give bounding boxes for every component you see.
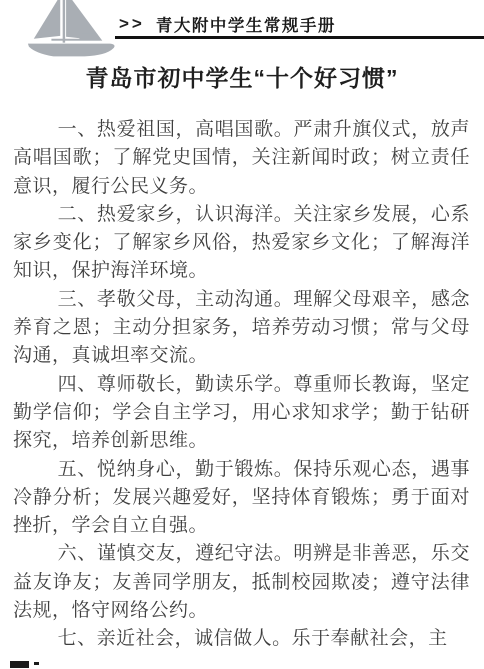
paragraph-6: 六、谨慎交友，遵纪守法。明辨是非善恶，乐交益友诤友；友善同学朋友，抵制校园欺凌；…: [13, 540, 470, 625]
paragraph-2: 二、热爱家乡，认识海洋。关注家乡发展，心系家乡变化；了解家乡风俗，热爱家乡文化；…: [13, 201, 470, 286]
paragraph-3: 三、孝敬父母，主动沟通。理解父母艰辛，感念养育之恩；主动分担家务，培养劳动习惯；…: [13, 286, 470, 371]
paragraph-1: 一、热爱祖国，高唱国歌。严肃升旗仪式，放声高唱国歌；了解党史国情，关注新闻时政；…: [13, 116, 470, 201]
chevrons-icon: >>: [119, 14, 145, 34]
paragraph-4: 四、尊师敬长，勤读乐学。尊重师长教诲，坚定勤学信仰；学会自主学习，用心求知求学；…: [13, 371, 470, 456]
footer-dash: [34, 662, 39, 665]
paragraph-5: 五、悦纳身心，勤于锻炼。保持乐观心态，遇事冷静分析；发展兴趣爱好，坚持体育锻炼；…: [13, 456, 470, 541]
handbook-page: >> 青大附中学生常规手册 青岛市初中学生“十个好习惯” 一、热爱祖国，高唱国歌…: [0, 0, 484, 669]
header-title: 青大附中学生常规手册: [156, 12, 336, 36]
document-body: 一、热爱祖国，高唱国歌。严肃升旗仪式，放声高唱国歌；了解党史国情，关注新闻时政；…: [13, 116, 470, 654]
sailboat-icon: [24, 0, 118, 59]
paragraph-7: 七、亲近社会，诚信做人。乐于奉献社会，主: [13, 625, 470, 653]
header-rule: [115, 36, 484, 39]
page-header: >> 青大附中学生常规手册: [119, 12, 336, 36]
page-footer-mark: [10, 661, 29, 668]
